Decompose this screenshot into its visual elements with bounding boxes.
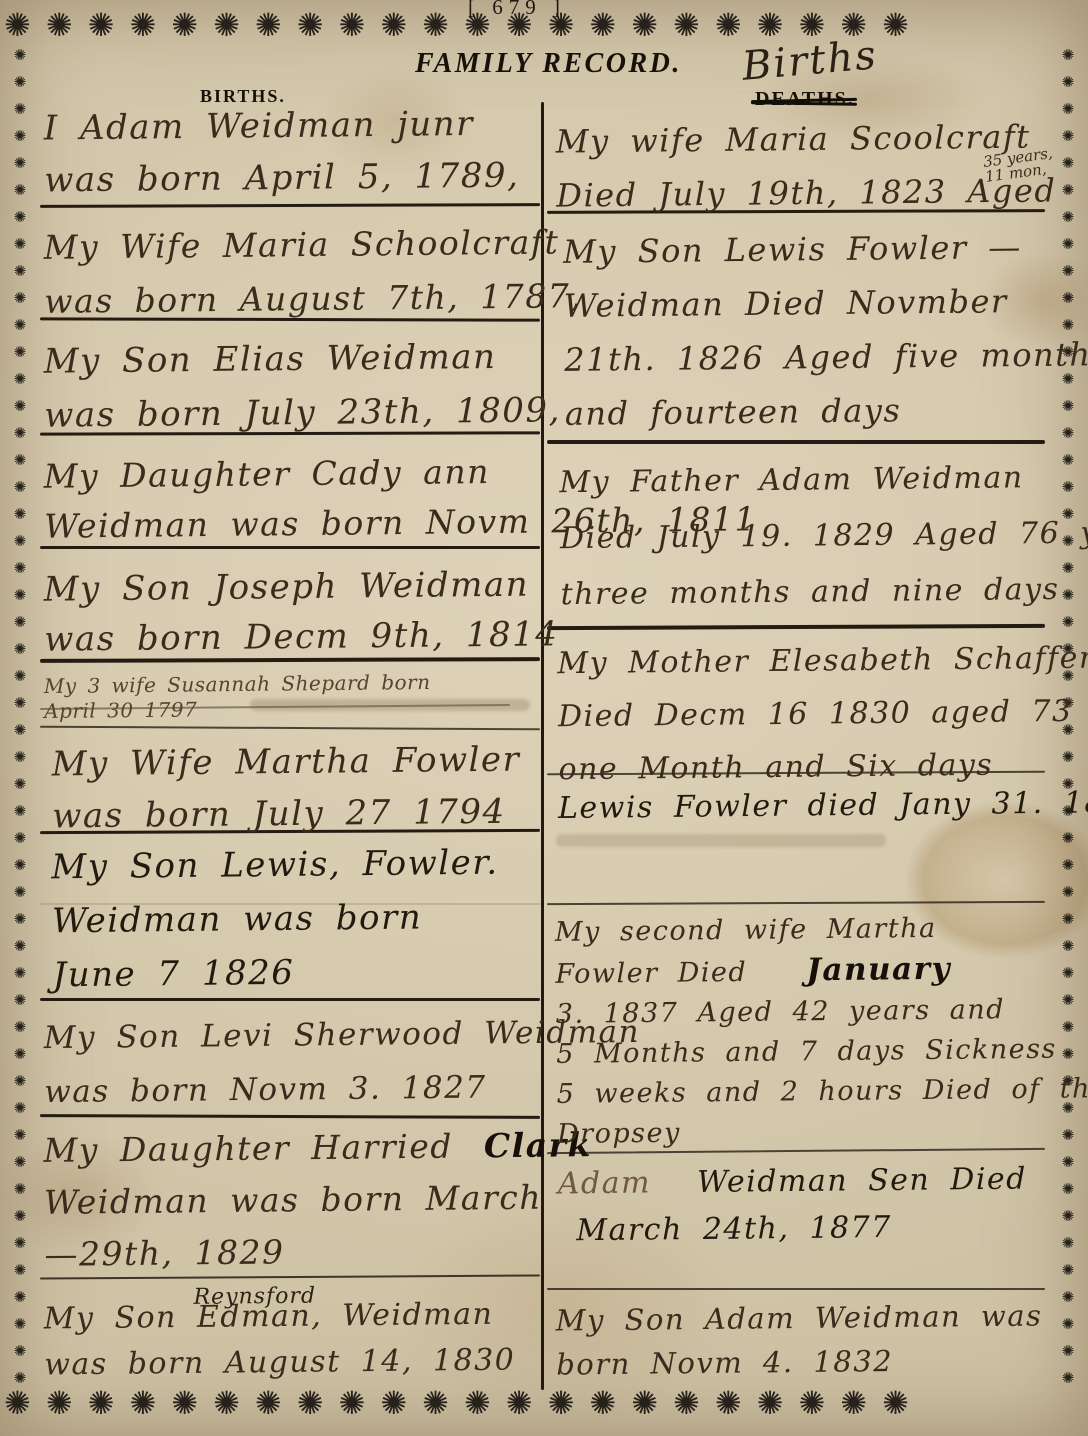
death-entry: My Father Adam Weidman Died July 19. 182…: [559, 449, 1088, 623]
entry-line: 5 weeks and 2 hours Died of the: [556, 1069, 1088, 1115]
entry-line: My wife Maria Scoolcraft: [555, 109, 1056, 168]
entry-line: Weidman was born: [52, 890, 500, 949]
entry-line: My Son Lewis, Fowler.: [51, 836, 499, 895]
entry-line: Died July 19th, 1823 Aged: [556, 163, 1057, 222]
birth-entry: My Wife Martha Fowler was born July 27 1…: [51, 734, 521, 843]
entry-line: was born Decm 9th, 1814: [44, 609, 559, 664]
entry-line-part: My Daughter Harried: [43, 1127, 453, 1170]
birth-entry: My Daughter Harried Clark Weidman was bo…: [43, 1119, 593, 1281]
ruled-line: [547, 440, 1045, 444]
entry-line: I Adam Weidman junr: [43, 98, 519, 155]
birth-entry: My Son Levi Sherwood Weidman was born No…: [43, 1005, 640, 1119]
entry-line: born Novm 4. 1832: [556, 1337, 1043, 1386]
death-entry: My Son Lewis Fowler — Weidman Died Novmb…: [563, 219, 1088, 441]
birth-entry: My 3 wife Susannah Shepard born April 30…: [44, 670, 431, 724]
entry-line: Fowler Died January: [555, 947, 1088, 995]
decorative-border-left: ✺✺✺✺✺✺✺✺✺✺✺✺✺✺✺✺✺✺✺✺✺✺✺✺✺✺✺✺✺✺✺✺✺✺✺✺✺✺✺✺…: [0, 46, 40, 1386]
entry-line: was born July 23th, 1809,: [44, 383, 561, 442]
entry-line: My Wife Maria Schoolcraft: [43, 215, 582, 275]
entry-line: —29th, 1829: [44, 1223, 593, 1281]
deaths-column-header-struck: DEATHS.: [755, 88, 855, 111]
entry-line: My Son Adam Weidman was: [556, 1293, 1043, 1342]
ruled-line: [40, 726, 540, 731]
birth-entry: My Son Elias Weidman was born July 23th,…: [43, 329, 561, 442]
entry-line: was born August 7th, 1787,: [44, 269, 583, 329]
decorative-border-bottom: ✺✺✺✺✺✺✺✺✺✺✺✺✺✺✺✺✺✺✺✺✺✺: [0, 1384, 1088, 1430]
birth-entry: My Wife Maria Schoolcraft was born Augus…: [43, 215, 582, 329]
entry-line-part-light-ink: Adam: [558, 1165, 652, 1201]
entry-line: was born July 27 1794: [52, 786, 521, 843]
death-entry: My second wife Martha Fowler Died Januar…: [555, 907, 1088, 1155]
entry-line: June 7 1826: [52, 944, 500, 1003]
handwritten-births-label: Births: [740, 32, 879, 90]
death-entry: My wife Maria Scoolcraft Died July 19th,…: [555, 109, 1056, 222]
entry-line: My Son Lewis Fowler —: [563, 219, 1088, 279]
entry-line: three months and nine days: [560, 561, 1088, 623]
entry-line: My Father Adam Weidman: [559, 449, 1088, 511]
entry-line: 3. 1837 Aged 42 years and: [556, 989, 1088, 1035]
inserted-word-above-line: Reynsford: [193, 1274, 316, 1321]
birth-entry: My Son Lewis, Fowler. Weidman was born J…: [51, 836, 500, 1003]
entry-line: My Wife Martha Fowler: [51, 734, 520, 791]
entry-line: My 3 wife Susannah Shepard born: [44, 670, 431, 699]
entry-line: Adam Weidman Sen Died: [558, 1156, 1028, 1208]
entry-line: April 30 1797: [44, 695, 431, 724]
birth-entry: I Adam Weidman junr was born April 5, 17…: [43, 98, 519, 207]
entry-line: and fourteen days: [565, 381, 1088, 441]
ruled-line: [547, 901, 1045, 905]
entry-line: Died Decm 16 1830 aged 73 years: [558, 684, 1088, 744]
entry-line: Died July 19. 1829 Aged 76 years: [560, 505, 1088, 567]
entry-line-part: Fowler Died: [555, 957, 747, 990]
death-entry: My Mother Elesabeth Schaffer Died Decm 1…: [557, 631, 1088, 797]
entry-line: Dropsey: [557, 1109, 1088, 1155]
birth-entry: Reynsford My Son Edman, Weidman was born…: [44, 1292, 516, 1389]
ruled-line: [547, 1288, 1045, 1290]
birth-entry: My Son Joseph Weidman was born Decm 9th,…: [43, 559, 558, 664]
entry-line-part-dark-ink: Weidman Sen Died: [697, 1162, 1027, 1200]
entry-line: My Daughter Harried Clark: [43, 1119, 592, 1177]
ruled-line: [547, 624, 1045, 630]
entry-line: Lewis Fowler died Jany 31. 18—: [558, 785, 1088, 826]
entry-line: was born April 5, 1789,: [44, 150, 520, 207]
entry-line: 21th. 1826 Aged five months: [564, 327, 1088, 387]
entry-line: My Son Levi Sherwood Weidman: [43, 1005, 640, 1065]
entry-line: My second wife Martha: [555, 907, 1088, 953]
entry-line: 5 Months and 7 days Sickness: [556, 1029, 1088, 1075]
entry-line: My Son Elias Weidman: [43, 329, 560, 388]
pencil-note-smudge: [556, 834, 886, 847]
family-record-page: ✺✺✺✺✺✺✺✺✺✺✺✺✺✺✺✺✺✺✺✺✺✺ ✺✺✺✺✺✺✺✺✺✺✺✺✺✺✺✺✺…: [0, 0, 1088, 1436]
entry-line: Weidman was born March: [44, 1171, 593, 1229]
death-entry: Adam Weidman Sen Died March 24th, 1877: [558, 1156, 1028, 1255]
death-entry: My Son Adam Weidman was born Novm 4. 183…: [556, 1293, 1044, 1386]
entry-line: was born Novm 3. 1827: [44, 1059, 641, 1119]
entry-line: My Mother Elesabeth Schaffer: [557, 631, 1088, 691]
entry-line-part-dark-ink: January: [806, 951, 951, 989]
entry-line: March 24th, 1877: [558, 1203, 1028, 1255]
entry-line: My Son Joseph Weidman: [43, 559, 558, 614]
entry-line: Weidman Died Novmber: [563, 273, 1088, 333]
page-title: FAMILY RECORD.: [415, 48, 682, 80]
death-entry: Lewis Fowler died Jany 31. 18—: [558, 785, 1088, 826]
entry-line: was born August 14, 1830: [44, 1338, 516, 1389]
page-number: [ 679 ]: [468, 0, 566, 20]
